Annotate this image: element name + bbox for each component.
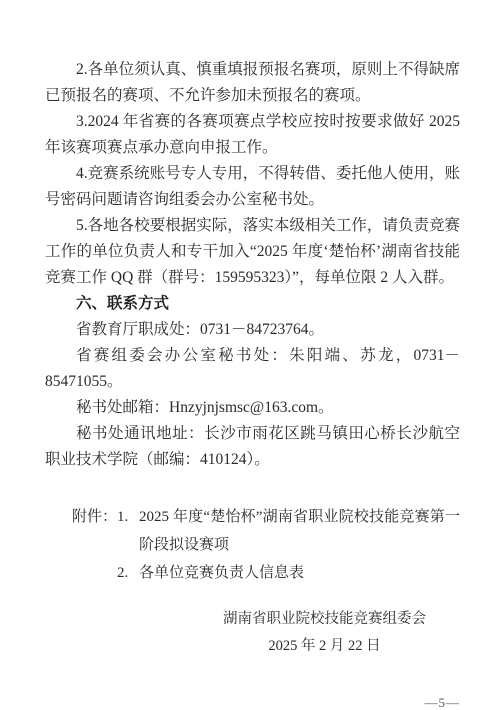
paragraph-item-2: 2.各单位须认真、慎重填报预报名赛项，原则上不得缺席已预报名的赛项、不允许参加未…: [45, 57, 460, 109]
document-body: 2.各单位须认真、慎重填报预报名赛项，原则上不得缺席已预报名的赛项、不允许参加未…: [0, 0, 504, 710]
contact-line-secretariat-phone: 省赛组委会办公室秘书处：朱阳端、苏龙，0731－85471055。: [45, 343, 460, 395]
signature-date: 2025 年 2 月 22 日: [223, 633, 426, 660]
page-number: —5—: [45, 690, 460, 710]
attachment-1-title: 2025 年度“楚怡杯”湖南省职业院校技能竞赛第一阶段拟设赛项: [139, 503, 460, 559]
paragraph-item-4: 4.竞赛系统账号专人专用，不得转借、委托他人使用，账号密码问题请咨询组委会办公室…: [45, 161, 460, 213]
paragraph-item-5: 5.各地各校要根据实际，落实本级相关工作，请负责竞赛工作的单位负责人和专干加入“…: [45, 213, 460, 291]
section-heading-contact-info: 六、联系方式: [45, 291, 460, 317]
attachments-label: 附件：: [72, 503, 117, 587]
attachments-block: 附件： 1. 2025 年度“楚怡杯”湖南省职业院校技能竞赛第一阶段拟设赛项 2…: [72, 503, 460, 587]
document-page: 2.各单位须认真、慎重填报预报名赛项，原则上不得缺席已预报名的赛项、不允许参加未…: [0, 0, 504, 710]
attachment-item-1: 1. 2025 年度“楚怡杯”湖南省职业院校技能竞赛第一阶段拟设赛项: [117, 503, 460, 559]
paragraph-item-3: 3.2024 年省赛的各赛项赛点学校应按时按要求做好 2025 年该赛项赛点承办…: [45, 109, 460, 161]
attachment-1-number: 1.: [117, 503, 139, 559]
contact-line-secretariat-email: 秘书处邮箱：Hnzyjnjsmsc@163.com。: [45, 395, 460, 421]
attachment-2-title: 各单位竞赛负责人信息表: [139, 559, 460, 587]
attachment-2-number: 2.: [117, 559, 139, 587]
signature-organization: 湖南省职业院校技能竞赛组委会: [223, 606, 426, 633]
attachments-list: 1. 2025 年度“楚怡杯”湖南省职业院校技能竞赛第一阶段拟设赛项 2. 各单…: [117, 503, 460, 587]
contact-line-education-dept: 省教育厅职成处：0731－84723764。: [45, 317, 460, 343]
signature-block: 湖南省职业院校技能竞赛组委会 2025 年 2 月 22 日: [223, 606, 426, 660]
contact-line-secretariat-address: 秘书处通讯地址：长沙市雨花区跳马镇田心桥长沙航空职业技术学院（邮编：410124…: [45, 421, 460, 473]
attachment-item-2: 2. 各单位竞赛负责人信息表: [117, 559, 460, 587]
